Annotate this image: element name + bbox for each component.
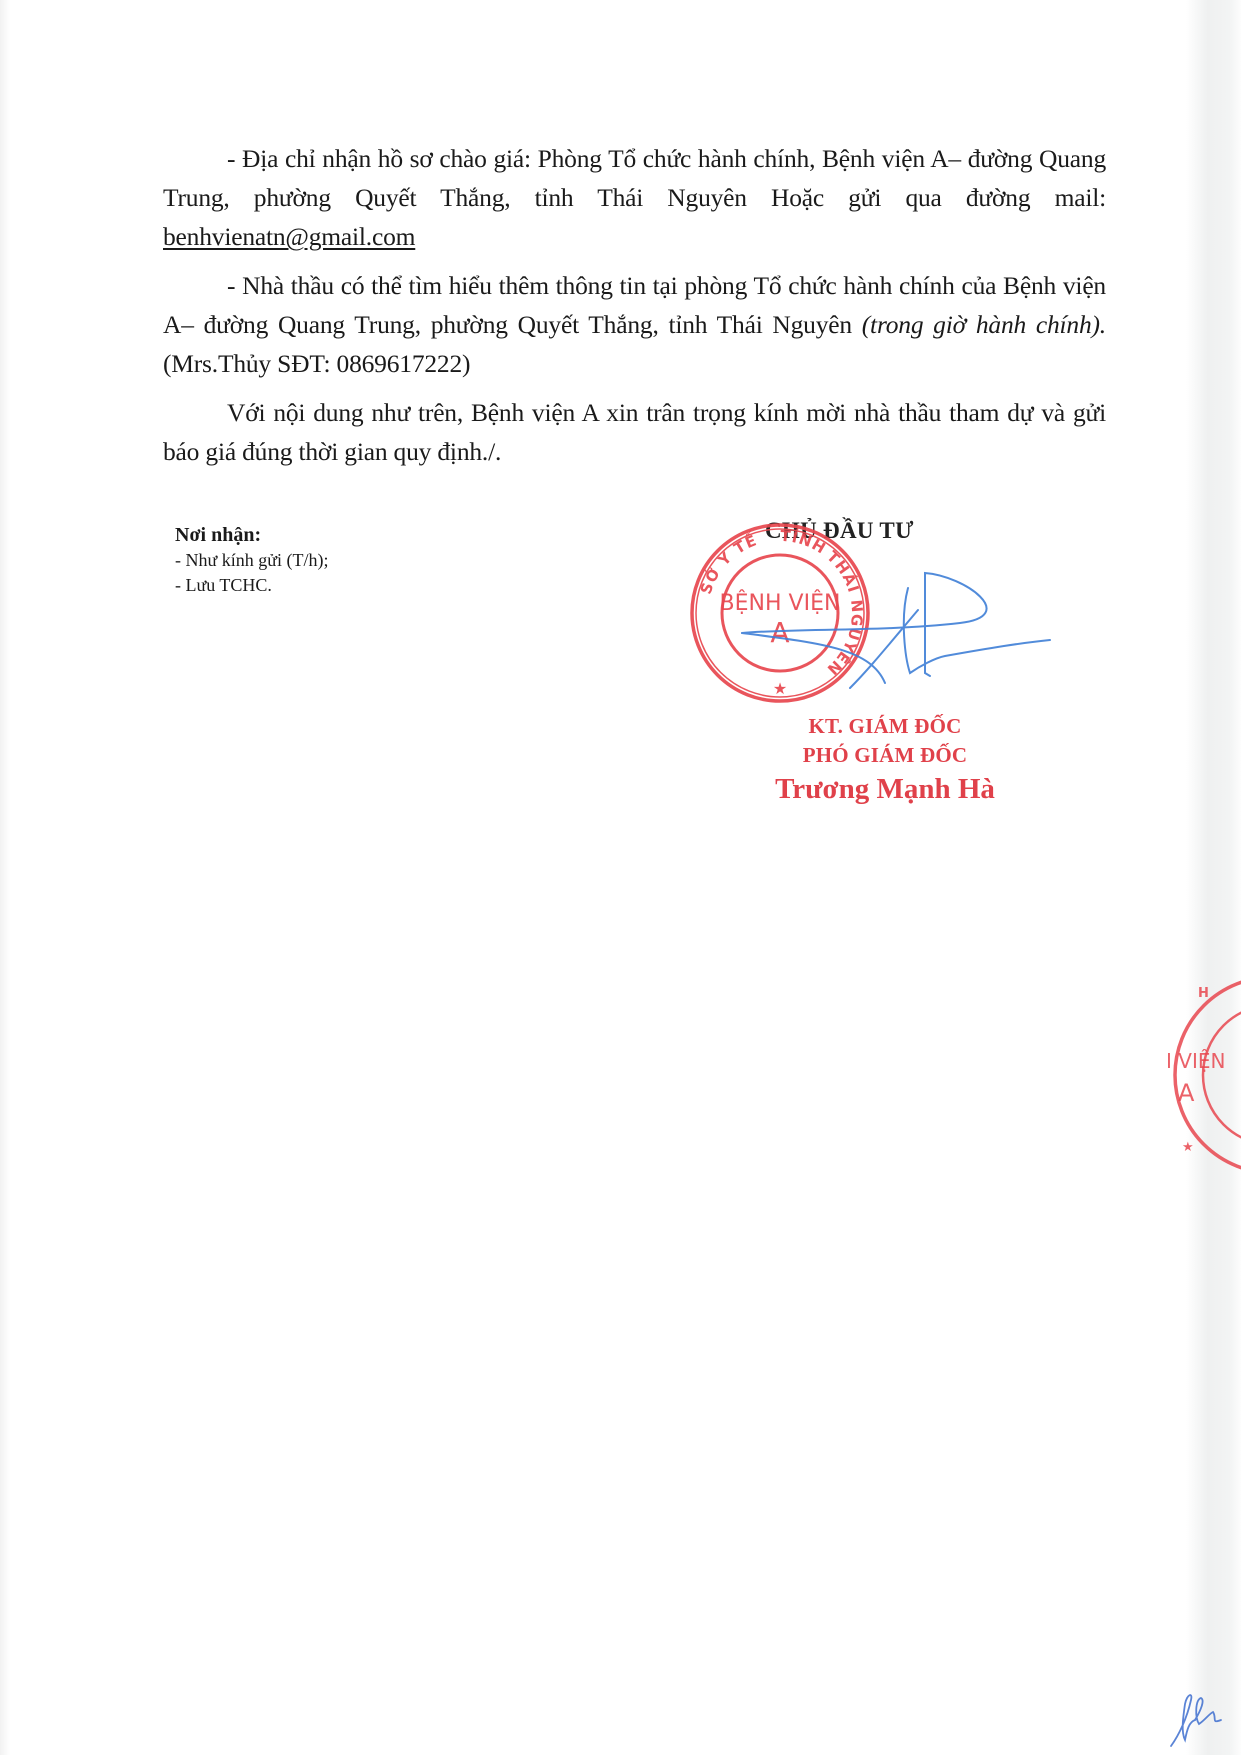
recipient-item: - Như kính gửi (T/h); bbox=[175, 548, 329, 573]
partial-stamp-text-2: I VIỆN bbox=[1168, 1049, 1225, 1073]
partial-stamp-star-icon: ★ bbox=[1182, 1140, 1194, 1155]
scan-edge-left bbox=[0, 0, 10, 1755]
recipient-item: - Lưu TCHC. bbox=[175, 573, 329, 598]
paragraph-info: - Nhà thầu có thể tìm hiểu thêm thông ti… bbox=[163, 266, 1106, 383]
initial-signature-icon bbox=[1165, 1680, 1225, 1750]
paragraph-address: - Địa chỉ nhận hồ sơ chào giá: Phòng Tổ … bbox=[163, 139, 1106, 256]
signature-block: CHỦ ĐẦU TƯ SỞ Y TẾ TỈNH THÁI NGUYÊN BỆNH… bbox=[660, 518, 1080, 818]
signer-name: Trương Mạnh Hà bbox=[720, 770, 1050, 808]
contact-phone: (Mrs.Thủy SĐT: 0869617222) bbox=[163, 349, 470, 378]
partial-stamp-icon: H I VIỆN A ★ bbox=[1168, 975, 1241, 1175]
address-text: - Địa chỉ nhận hồ sơ chào giá: Phòng Tổ … bbox=[163, 144, 1106, 212]
scan-edge-right bbox=[1186, 0, 1241, 1755]
recipients-heading: Nơi nhận: bbox=[175, 522, 329, 548]
recipients-block: Nơi nhận: - Như kính gửi (T/h); - Lưu TC… bbox=[175, 522, 329, 598]
signer-role-2: PHÓ GIÁM ĐỐC bbox=[720, 741, 1050, 770]
partial-stamp-text-3: A bbox=[1178, 1079, 1195, 1107]
office-hours-note: (trong giờ hành chính). bbox=[862, 310, 1106, 339]
letter-body: - Địa chỉ nhận hồ sơ chào giá: Phòng Tổ … bbox=[163, 139, 1106, 481]
partial-stamp-text-1: H bbox=[1198, 986, 1209, 1001]
email-link[interactable]: benhvienatn@gmail.com bbox=[163, 222, 415, 251]
handwritten-signature-icon bbox=[720, 548, 1060, 718]
signatory: KT. GIÁM ĐỐC PHÓ GIÁM ĐỐC Trương Mạnh Hà bbox=[720, 712, 1050, 808]
closing-text: Với nội dung như trên, Bệnh viện A xin t… bbox=[163, 398, 1106, 466]
paragraph-closing: Với nội dung như trên, Bệnh viện A xin t… bbox=[163, 393, 1106, 471]
